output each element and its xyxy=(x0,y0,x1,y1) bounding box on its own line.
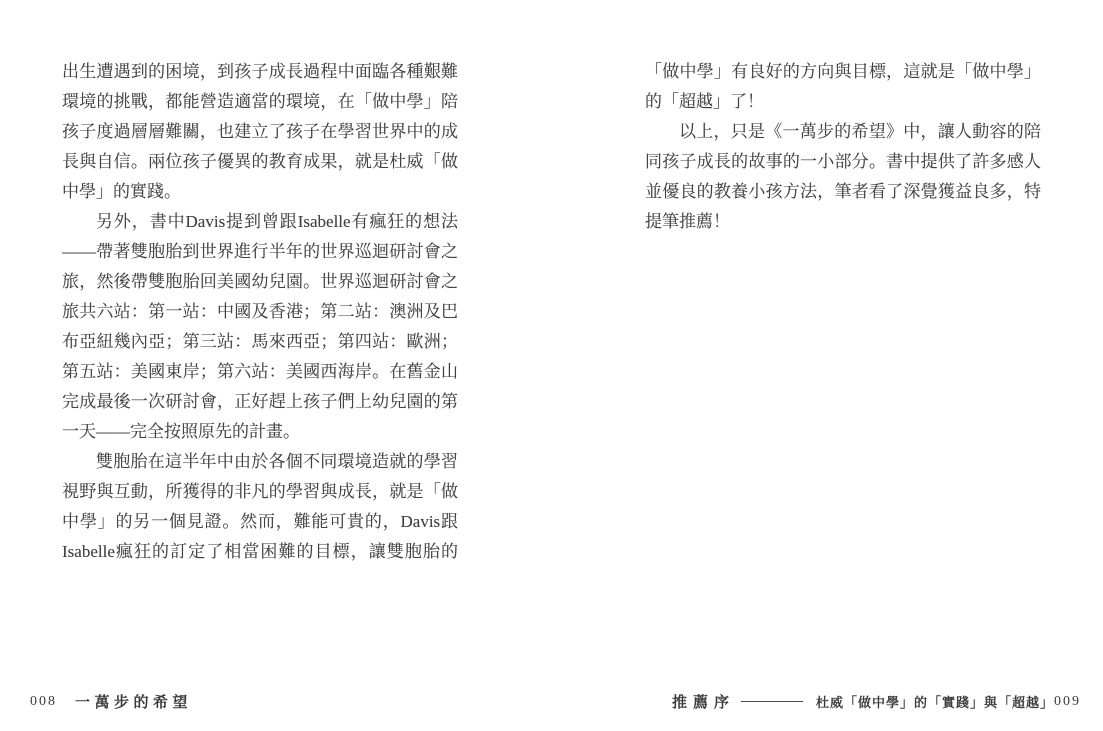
text-line: 長與自信。兩位孩子優異的教育成果，就是杜威「做 xyxy=(62,147,458,177)
text-line: 同孩子成長的故事的一小部分。書中提供了許多感人 xyxy=(645,147,1041,177)
text-line: 以上，只是《一萬步的希望》中，讓人動容的陪 xyxy=(645,117,1041,147)
text-line: 視野與互動，所獲得的非凡的學習與成長，就是「做 xyxy=(62,477,458,507)
footer-rule-line xyxy=(741,701,803,702)
text-line: 旅，然後帶雙胞胎回美國幼兒園。世界巡迴研討會之 xyxy=(62,267,458,297)
chapter-title: 杜威「做中學」的「實踐」與「超越」 xyxy=(816,692,1054,711)
text-line: 雙胞胎在這半年中由於各個不同環境造就的學習 xyxy=(62,447,458,477)
text-line: 完成最後一次研討會，正好趕上孩子們上幼兒園的第 xyxy=(62,387,458,417)
text-line: 中學」的實踐。 xyxy=(62,177,458,207)
right-page-number: 009 xyxy=(1054,694,1081,710)
text-line: 環境的挑戰，都能營造適當的環境，在「做中學」陪 xyxy=(62,87,458,117)
text-line: 第五站：美國東岸；第六站：美國西海岸。在舊金山 xyxy=(62,357,458,387)
text-line: ——帶著雙胞胎到世界進行半年的世界巡迴研討會之 xyxy=(62,237,458,267)
right-page-text-block: 「做中學」有良好的方向與目標，這就是「做中學」的「超越」了！以上，只是《一萬步的… xyxy=(645,57,1041,237)
right-page-footer: 推薦序 杜威「做中學」的「實踐」與「超越」 009 xyxy=(672,691,1075,712)
text-line: 另外，書中Davis提到曾跟Isabelle有瘋狂的想法 xyxy=(62,207,458,237)
text-line: 布亞紐幾內亞；第三站：馬來西亞；第四站：歐洲； xyxy=(62,327,458,357)
text-line: 提筆推薦！ xyxy=(645,207,1041,237)
book-title: 一萬步的希望 xyxy=(75,691,192,712)
text-line: 中學」的另一個見證。然而，難能可貴的，Davis跟 xyxy=(62,507,458,537)
text-line: 的「超越」了！ xyxy=(645,87,1041,117)
text-line: 「做中學」有良好的方向與目標，這就是「做中學」 xyxy=(645,57,1041,87)
text-line: 孩子度過層層難關，也建立了孩子在學習世界中的成 xyxy=(62,117,458,147)
left-page-number: 008 xyxy=(30,694,57,710)
left-page-footer: 008 一萬步的希望 xyxy=(30,691,192,712)
left-page-text-block: 出生遭遇到的困境，到孩子成長過程中面臨各種艱難環境的挑戰，都能營造適當的環境，在… xyxy=(62,57,458,567)
text-line: Isabelle瘋狂的訂定了相當困難的目標，讓雙胞胎的 xyxy=(62,537,458,567)
text-line: 並優良的教養小孩方法，筆者看了深覺獲益良多，特 xyxy=(645,177,1041,207)
text-line: 旅共六站：第一站：中國及香港；第二站：澳洲及巴 xyxy=(62,297,458,327)
section-label: 推薦序 xyxy=(672,691,735,712)
text-line: 出生遭遇到的困境，到孩子成長過程中面臨各種艱難 xyxy=(62,57,458,87)
text-line: 一天——完全按照原先的計畫。 xyxy=(62,417,458,447)
book-spread: 出生遭遇到的困境，到孩子成長過程中面臨各種艱難環境的挑戰，都能營造適當的環境，在… xyxy=(0,0,1103,731)
